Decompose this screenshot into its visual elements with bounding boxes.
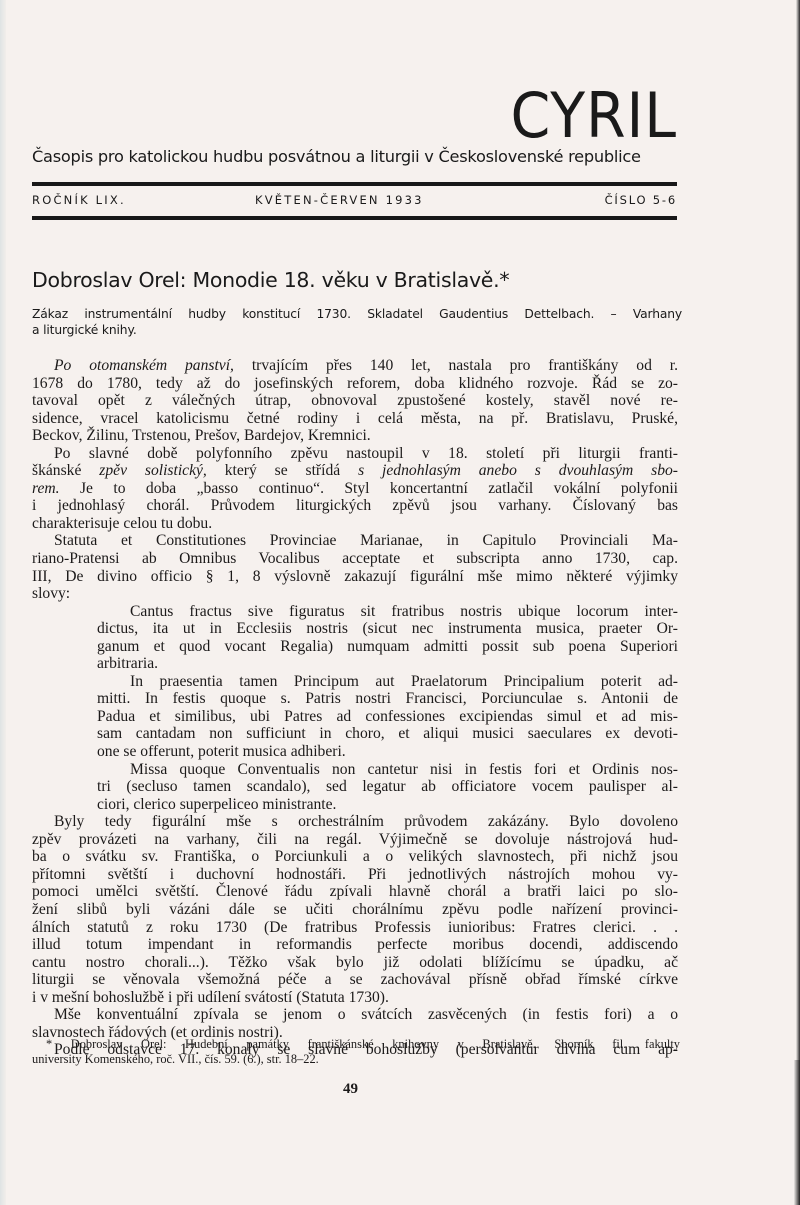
paragraph-4: Byly tedy figurální mše s orchestrálním … <box>32 813 678 1006</box>
text-line: i jednohlasý chorál. Průvodem liturgický… <box>32 497 678 515</box>
text-line: přítomni světští i duchovní hodnostáři. … <box>32 866 678 884</box>
text-span: škánské <box>32 462 99 479</box>
quote-line: Padua et similibus, ubi Patres ad confes… <box>32 708 678 726</box>
quote-line: ganum et quod vocant Regalia) numquam ad… <box>32 638 678 656</box>
summary-line: Zákaz instrumentální hudby konstitucí 17… <box>32 306 682 322</box>
text-line: pomoci umělci světští. Členové řádu zpív… <box>32 883 678 901</box>
footnote-line: university Komenského, roč. VII., čís. 5… <box>32 1052 680 1067</box>
text-span: Je to doba „basso continuo“. Styl koncer… <box>60 480 678 497</box>
text-line: III, De divino officio § 1, 8 výslovně z… <box>32 568 678 586</box>
quote-line: mitti. In festis quoque s. Patris nostri… <box>32 690 678 708</box>
text-line: zpěv provázeti na varhany, čili na regál… <box>32 831 678 849</box>
text-line: riano-Pratensi ab Omnibus Vocalibus acce… <box>32 550 678 568</box>
quote-line: Cantus fractus sive figuratus sit fratri… <box>32 603 678 621</box>
text-line: rem. Je to doba „basso continuo“. Styl k… <box>32 480 678 498</box>
journal-title: CYRIL <box>510 85 677 147</box>
emphasis: s jednohlasým anebo s dvouhlasým sbo- <box>358 462 678 479</box>
paragraph-2: Po slavné době polyfonního zpěvu nastoup… <box>32 445 678 533</box>
quote-line: tri (secluso tamen scandalo), sed legatu… <box>32 778 678 796</box>
emphasis: Po otomanském panství, <box>54 357 234 374</box>
text-line: slovy: <box>32 585 678 603</box>
text-span: který se střídá <box>207 462 358 479</box>
emphasis: rem. <box>32 480 60 497</box>
text-line: liturgii se věnovala všemožná péče a se … <box>32 971 678 989</box>
page-edge-right <box>796 0 800 1205</box>
page-edge-left <box>0 0 6 1205</box>
article-summary: Zákaz instrumentální hudby konstitucí 17… <box>32 306 682 338</box>
latin-quote-3: Missa quoque Conventualis non cantetur n… <box>32 761 678 814</box>
quote-line: ciori, clerico superpeliceo ministrante. <box>32 796 678 814</box>
text-line: Byly tedy figurální mše s orchestrálním … <box>32 813 678 831</box>
latin-quote-1: Cantus fractus sive figuratus sit fratri… <box>32 603 678 673</box>
text-line: Beckov, Žilinu, Trstenou, Prešov, Bardej… <box>32 427 678 445</box>
quote-line: dictus, ita ut in Ecclesiis nostris (sic… <box>32 620 678 638</box>
latin-quote-2: In praesentia tamen Principum aut Praela… <box>32 673 678 761</box>
issue-volume: ROČNÍK LIX. <box>32 193 126 207</box>
issue-number: ČÍSLO 5-6 <box>605 193 677 207</box>
text-line: álních statutů z roku 1730 (De fratribus… <box>32 919 678 937</box>
journal-subtitle: Časopis pro katolickou hudbu posvátnou a… <box>32 147 677 166</box>
text-line: škánské zpěv solistický, který se střídá… <box>32 462 678 480</box>
quote-line: sam cantadam non sufficiunt in choro, et… <box>32 725 678 743</box>
header-rule-bottom <box>32 216 677 220</box>
text-line: tavoval opět z válečných útrap, obnovova… <box>32 392 678 410</box>
issue-date: KVĚTEN-ČERVEN 1933 <box>255 193 424 207</box>
text-line: 1678 do 1780, tedy až do josefinských re… <box>32 375 678 393</box>
text-line: sidence, vracel katolicismu četné rodiny… <box>32 410 678 428</box>
paragraph-3: Statuta et Constitutiones Provinciae Mar… <box>32 532 678 602</box>
text-line: Po otomanském panství, trvajícím přes 14… <box>32 357 678 375</box>
page-edge-shadow <box>794 1060 800 1205</box>
text-line: Po slavné době polyfonního zpěvu nastoup… <box>32 445 678 463</box>
header-rule-top <box>32 182 677 186</box>
page-number: 49 <box>343 1081 358 1098</box>
quote-line: Missa quoque Conventualis non cantetur n… <box>32 761 678 779</box>
text-line: i v mešní bohoslužbě i při udílení sváto… <box>32 989 678 1007</box>
text-span: trvajícím přes 140 let, nastala pro fran… <box>234 357 678 374</box>
text-line: cantu nostro chorali...). Těžko však byl… <box>32 954 678 972</box>
text-line: charakterisuje celou tu dobu. <box>32 515 678 533</box>
text-line: Mše konventuální zpívala se jenom o svát… <box>32 1006 678 1024</box>
emphasis: zpěv solistický, <box>99 462 207 479</box>
text-line: ba o svátku sv. Františka, o Porciunkuli… <box>32 848 678 866</box>
text-line: illud totum impendant in reformandis per… <box>32 936 678 954</box>
footnote-line: * Dobroslav Orel: Hudební památky franti… <box>32 1037 680 1052</box>
text-line: žení slibů byli vázáni dále se učiti cho… <box>32 901 678 919</box>
quote-line: one se offerunt, poterit musica adhiberi… <box>32 743 678 761</box>
text-line: Statuta et Constitutiones Provinciae Mar… <box>32 532 678 550</box>
quote-line: arbitraria. <box>32 655 678 673</box>
footnote: * Dobroslav Orel: Hudební památky franti… <box>32 1037 680 1067</box>
summary-line: a liturgické knihy. <box>32 322 682 338</box>
quote-line: In praesentia tamen Principum aut Praela… <box>32 673 678 691</box>
article-body: Po otomanském panství, trvajícím přes 14… <box>32 357 678 1059</box>
paragraph-1: Po otomanském panství, trvajícím přes 14… <box>32 357 678 445</box>
article-title: Dobroslav Orel: Monodie 18. věku v Brati… <box>32 268 509 292</box>
